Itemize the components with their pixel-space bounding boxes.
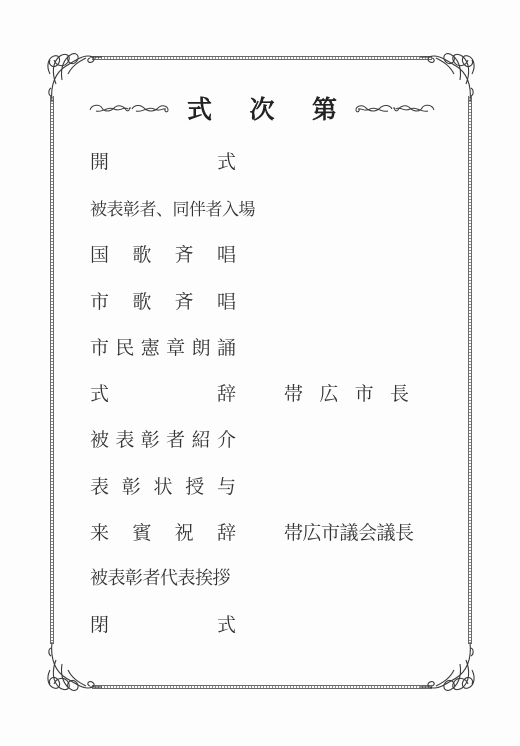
program-item-label: 市 民 憲 章 朗 誦 (90, 333, 236, 360)
label-char: 斉 (175, 287, 194, 314)
label-char: 辞 (217, 379, 236, 406)
frame-right-border (468, 96, 472, 644)
program-item: 表 彰 状 授 与 (90, 471, 236, 499)
label-char: 斉 (175, 240, 194, 267)
label-char: 歌 (132, 287, 151, 314)
label-char: 歌 (132, 240, 151, 267)
program-item-label: 被表彰者、同伴者入場 (90, 195, 236, 220)
program-item-label: 被表彰者代表挨拶 (90, 564, 236, 590)
label-char: 表 (115, 425, 134, 452)
speaker-char: 長 (390, 379, 409, 406)
program-item: 被 表 彰 者 紹 介 (90, 424, 236, 452)
label-char: 祝 (175, 518, 194, 545)
label-char: 民 (115, 333, 134, 360)
program-item-label: 市 歌 斉 唱 (90, 287, 236, 314)
label-char: 市 (90, 333, 109, 360)
program-item: 被表彰者代表挨拶 (90, 563, 236, 591)
program-item: 国 歌 斉 唱 (90, 239, 236, 267)
program-item: 市 歌 斉 唱 (90, 286, 236, 314)
speaker-text: 帯広市議会議長 (284, 518, 414, 545)
frame-top-border (92, 56, 432, 60)
frame-left-border (50, 96, 54, 644)
label-char: 唱 (217, 287, 236, 314)
corner-flourish-icon (420, 640, 480, 700)
label-char: 式 (217, 147, 236, 174)
program-item-label: 閉 式 (90, 610, 236, 637)
label-char: 閉 (90, 610, 109, 637)
program-item-label: 開 式 (90, 147, 236, 174)
label-text: 被表彰者代表挨拶 (90, 564, 230, 590)
title-char: 式 (187, 90, 212, 126)
label-char: 朗 (192, 333, 211, 360)
label-char: 者 (166, 425, 185, 452)
label-char: 辞 (217, 518, 236, 545)
page-title: 式 次 第 (187, 90, 337, 126)
program-item: 閉 式 (90, 609, 236, 637)
label-char: 章 (166, 333, 185, 360)
label-char: 式 (90, 379, 109, 406)
program-item: 開 式 (90, 146, 236, 174)
label-char: 来 (90, 518, 109, 545)
program-item: 式 辞 帯 広 市 長 (90, 378, 236, 406)
title-char: 第 (312, 90, 337, 126)
label-char: 式 (217, 610, 236, 637)
program-item-label: 国 歌 斉 唱 (90, 240, 236, 267)
program-item-label: 式 辞 (90, 379, 236, 406)
program-item-label: 来 賓 祝 辞 (90, 518, 236, 545)
title-row: 式 次 第 (88, 90, 436, 126)
program-item: 来 賓 祝 辞 帯広市議会議長 (90, 517, 236, 545)
title-char: 次 (249, 90, 274, 126)
label-char: 賓 (132, 518, 151, 545)
label-char: 被 (90, 425, 109, 452)
label-char: 彰 (141, 425, 160, 452)
program-item-label: 表 彰 状 授 与 (90, 472, 236, 499)
label-text: 被表彰者、同伴者入場 (90, 195, 255, 220)
label-char: 紹 (192, 425, 211, 452)
label-char: 開 (90, 147, 109, 174)
label-char: 唱 (217, 240, 236, 267)
label-char: 国 (90, 240, 109, 267)
ceremony-program-page: 式 次 第 開 式 被表彰者、同伴者入場 (0, 0, 520, 746)
label-char: 授 (185, 472, 204, 499)
label-char: 市 (90, 287, 109, 314)
label-char: 状 (153, 472, 172, 499)
label-char: 与 (217, 472, 236, 499)
label-char: 彰 (122, 472, 141, 499)
program-item-speaker: 帯広市議会議長 (284, 518, 409, 545)
title-flourish-right-icon (354, 100, 436, 116)
program-item-speaker: 帯 広 市 長 (284, 379, 409, 406)
speaker-char: 広 (319, 379, 338, 406)
program-item-label: 被 表 彰 者 紹 介 (90, 425, 236, 452)
label-char: 誦 (217, 333, 236, 360)
label-char: 表 (90, 472, 109, 499)
label-char: 憲 (141, 333, 160, 360)
label-char: 介 (217, 425, 236, 452)
speaker-char: 帯 (284, 379, 303, 406)
frame-bottom-border (92, 685, 432, 689)
program-item: 市 民 憲 章 朗 誦 (90, 332, 236, 360)
corner-flourish-icon (42, 640, 102, 700)
program-item: 被表彰者、同伴者入場 (90, 193, 236, 221)
title-flourish-left-icon (88, 100, 170, 116)
speaker-char: 市 (355, 379, 374, 406)
